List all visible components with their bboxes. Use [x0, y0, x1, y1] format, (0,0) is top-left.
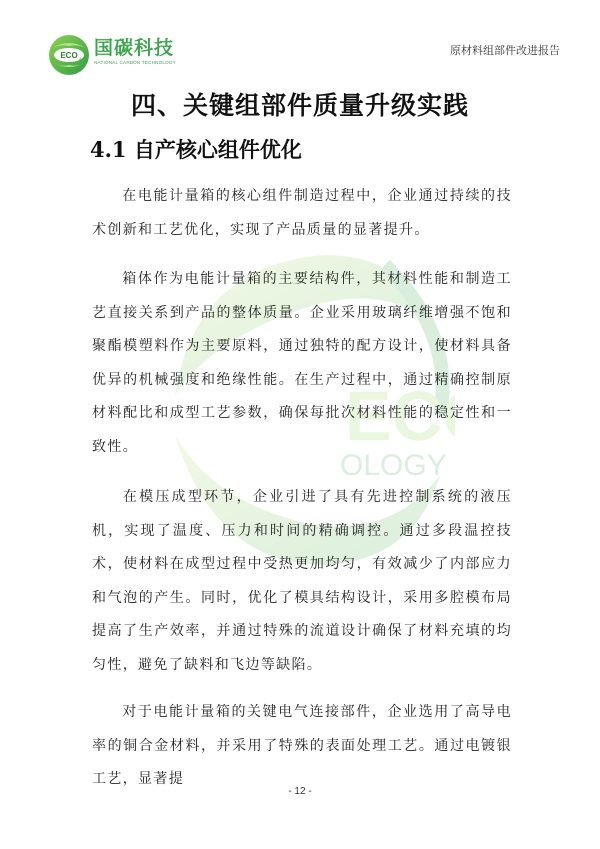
brand-name-cn: 国碳科技 — [94, 38, 176, 58]
paragraph: 在电能计量箱的核心组件制造过程中，企业通过持续的技术创新和工艺优化，实现了产品质… — [92, 180, 512, 247]
section-title: 4.1 自产核心组件优化 — [90, 134, 302, 164]
svg-text:ECO: ECO — [60, 51, 77, 60]
paragraph: 对于电能计量箱的关键电气连接部件，企业选用了高导电率的铜合金材料，并采用了特殊的… — [92, 696, 512, 797]
page-header: ECO 2 国碳科技 NATIONAL CARBON TECHNOLOGY 原材… — [0, 0, 600, 80]
brand-name-en: NATIONAL CARBON TECHNOLOGY — [94, 60, 176, 65]
document-title: 原材料组部件改进报告 — [450, 42, 560, 58]
eco-logo-icon: ECO 2 — [48, 34, 90, 76]
document-page: ECO 2 国碳科技 NATIONAL CARBON TECHNOLOGY 原材… — [0, 0, 600, 849]
page-number: - 12 - — [0, 786, 600, 797]
brand: 国碳科技 NATIONAL CARBON TECHNOLOGY — [94, 38, 176, 65]
chapter-title: 四、关键组部件质量升级实践 — [0, 86, 600, 122]
paragraph: 在模压成型环节，企业引进了具有先进控制系统的液压机，实现了温度、压力和时间的精确… — [92, 481, 512, 682]
paragraph: 箱体作为电能计量箱的主要结构件，其材料性能和制造工艺直接关系到产品的整体质量。企… — [92, 263, 512, 464]
